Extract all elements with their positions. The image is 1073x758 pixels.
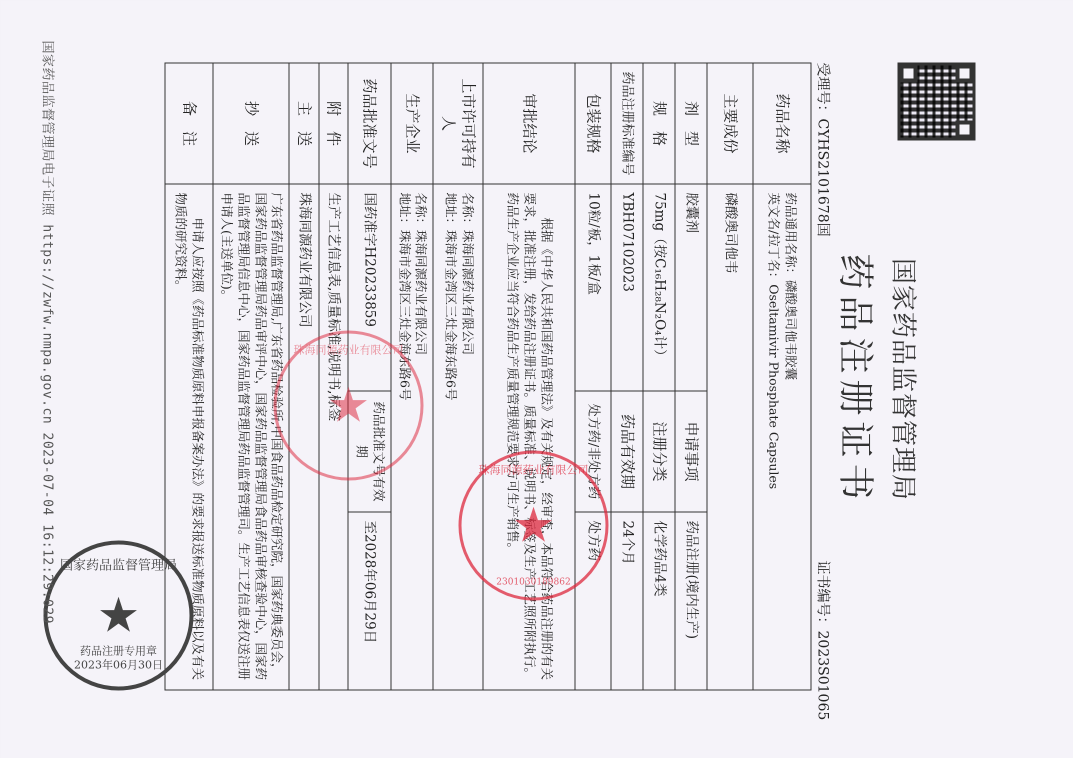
spec-value: 75mg（按C₁₆H₂₈N₂O₄计） bbox=[643, 184, 675, 391]
mah-address: 地址：珠海市金湾区三灶金海东路6号 bbox=[441, 192, 458, 681]
field-label: 备 注 bbox=[165, 63, 213, 184]
field-label: 药品批准文号 bbox=[348, 63, 391, 184]
mah-value: 名称：珠海同源药业有限公司 地址：珠海市金湾区三灶金海东路6号 bbox=[433, 184, 483, 690]
field-label: 申请事项 bbox=[675, 391, 707, 512]
dosage-form-value: 胶囊剂 bbox=[675, 184, 707, 391]
qr-finder-icon bbox=[955, 120, 973, 138]
field-label: 抄 送 bbox=[213, 63, 290, 184]
shelf-life-value: 24个月 bbox=[611, 512, 643, 690]
star-icon: ★ bbox=[326, 381, 369, 429]
drug-name-value: 药品通用名称：磷酸奥司他韦胶囊 英文名/拉丁名：Oseltamivir Phos… bbox=[753, 184, 811, 690]
e-license-footer: 国家药品监督管理局电子证照 https://zwfw.nmpa.gov.cn 2… bbox=[39, 40, 58, 624]
table-row: 抄 送 广东省药品监督管理局,广东省药品检验所,中国食品药品检定研究院，国家药典… bbox=[213, 63, 290, 690]
field-label: 药品名称 bbox=[753, 63, 811, 184]
field-label: 剂 型 bbox=[675, 63, 707, 184]
star-icon: ★ bbox=[96, 591, 139, 639]
certificate-table: 药品名称 药品通用名称：磷酸奥司他韦胶囊 英文名/拉丁名：Oseltamivir… bbox=[164, 62, 811, 690]
field-label: 上市许可持有人 bbox=[433, 63, 483, 184]
qr-finder-icon bbox=[955, 64, 973, 82]
table-row: 药品名称 药品通用名称：磷酸奥司他韦胶囊 英文名/拉丁名：Oseltamivir… bbox=[753, 63, 811, 690]
field-label: 主要成份 bbox=[707, 63, 753, 184]
field-label: 规 格 bbox=[643, 63, 675, 184]
cc-value: 广东省药品监督管理局,广东省药品检验所,中国食品药品检定研究院，国家药典委员会，… bbox=[213, 184, 290, 690]
field-label: 包装规格 bbox=[575, 63, 611, 184]
company-seal-2: ★ 珠海同源药业有限公司 bbox=[273, 330, 423, 480]
field-label: 药品注册标准编号 bbox=[611, 63, 643, 184]
acceptance-number: 受理号：CYHS2101678国 bbox=[813, 62, 833, 236]
table-row: 包装规格 10粒/板，1板/盒 处方药/非处方药 处方药 bbox=[575, 63, 611, 690]
field-label: 主 送 bbox=[289, 63, 318, 184]
company-seal: ★ 珠海同源药业有限公司 2301030189862 bbox=[458, 450, 608, 600]
table-row: 剂 型 胶囊剂 申请事项 药品注册(境内生产) bbox=[675, 63, 707, 690]
document-title: 药品注册证书 bbox=[832, 0, 883, 758]
official-seal: ★ 国家药品监督管理局 药品注册专用章 2023年06月30日 bbox=[43, 540, 193, 690]
approval-validity-value: 至2028年06月29日 bbox=[348, 512, 391, 690]
generic-name: 药品通用名称：磷酸奥司他韦胶囊 bbox=[782, 192, 799, 681]
ingredient-value: 磷酸奥司他韦 bbox=[707, 184, 753, 690]
field-label: 附 件 bbox=[318, 63, 347, 184]
drug-registration-certificate: 国家药品监督管理局 药品注册证书 受理号：CYHS2101678国 证书编号：2… bbox=[0, 0, 1073, 758]
english-name: 英文名/拉丁名：Oseltamivir Phosphate Capsules bbox=[765, 192, 782, 681]
field-label: 生产企业 bbox=[390, 63, 433, 184]
field-label: 审批结论 bbox=[483, 63, 575, 184]
table-row: 药品注册标准编号 YBH07102023 药品有效期 24个月 bbox=[611, 63, 643, 690]
table-row: 规 格 75mg（按C₁₆H₂₈N₂O₄计） 注册分类 化学药品4类 bbox=[643, 63, 675, 690]
field-label: 注册分类 bbox=[643, 391, 675, 512]
issuing-agency: 国家药品监督管理局 bbox=[886, 0, 923, 758]
table-row: 上市许可持有人 名称：珠海同源药业有限公司 地址：珠海市金湾区三灶金海东路6号 bbox=[433, 63, 483, 690]
approval-conclusion: 根据《中华人民共和国药品管理法》及有关规定，经审查，本品符合药品注册的有关要求，… bbox=[483, 184, 575, 690]
mah-name: 名称：珠海同源药业有限公司 bbox=[458, 192, 475, 681]
standard-number-value: YBH07102023 bbox=[611, 184, 643, 391]
certificate-number: 证书编号：2023S01065 bbox=[813, 560, 833, 720]
package-value: 10粒/板，1板/盒 bbox=[575, 184, 611, 391]
field-label: 药品有效期 bbox=[611, 391, 643, 512]
application-type-value: 药品注册(境内生产) bbox=[675, 512, 707, 690]
star-icon: ★ bbox=[511, 501, 554, 549]
registration-class-value: 化学药品4类 bbox=[643, 512, 675, 690]
table-row: 主要成份 磷酸奥司他韦 bbox=[707, 63, 753, 690]
